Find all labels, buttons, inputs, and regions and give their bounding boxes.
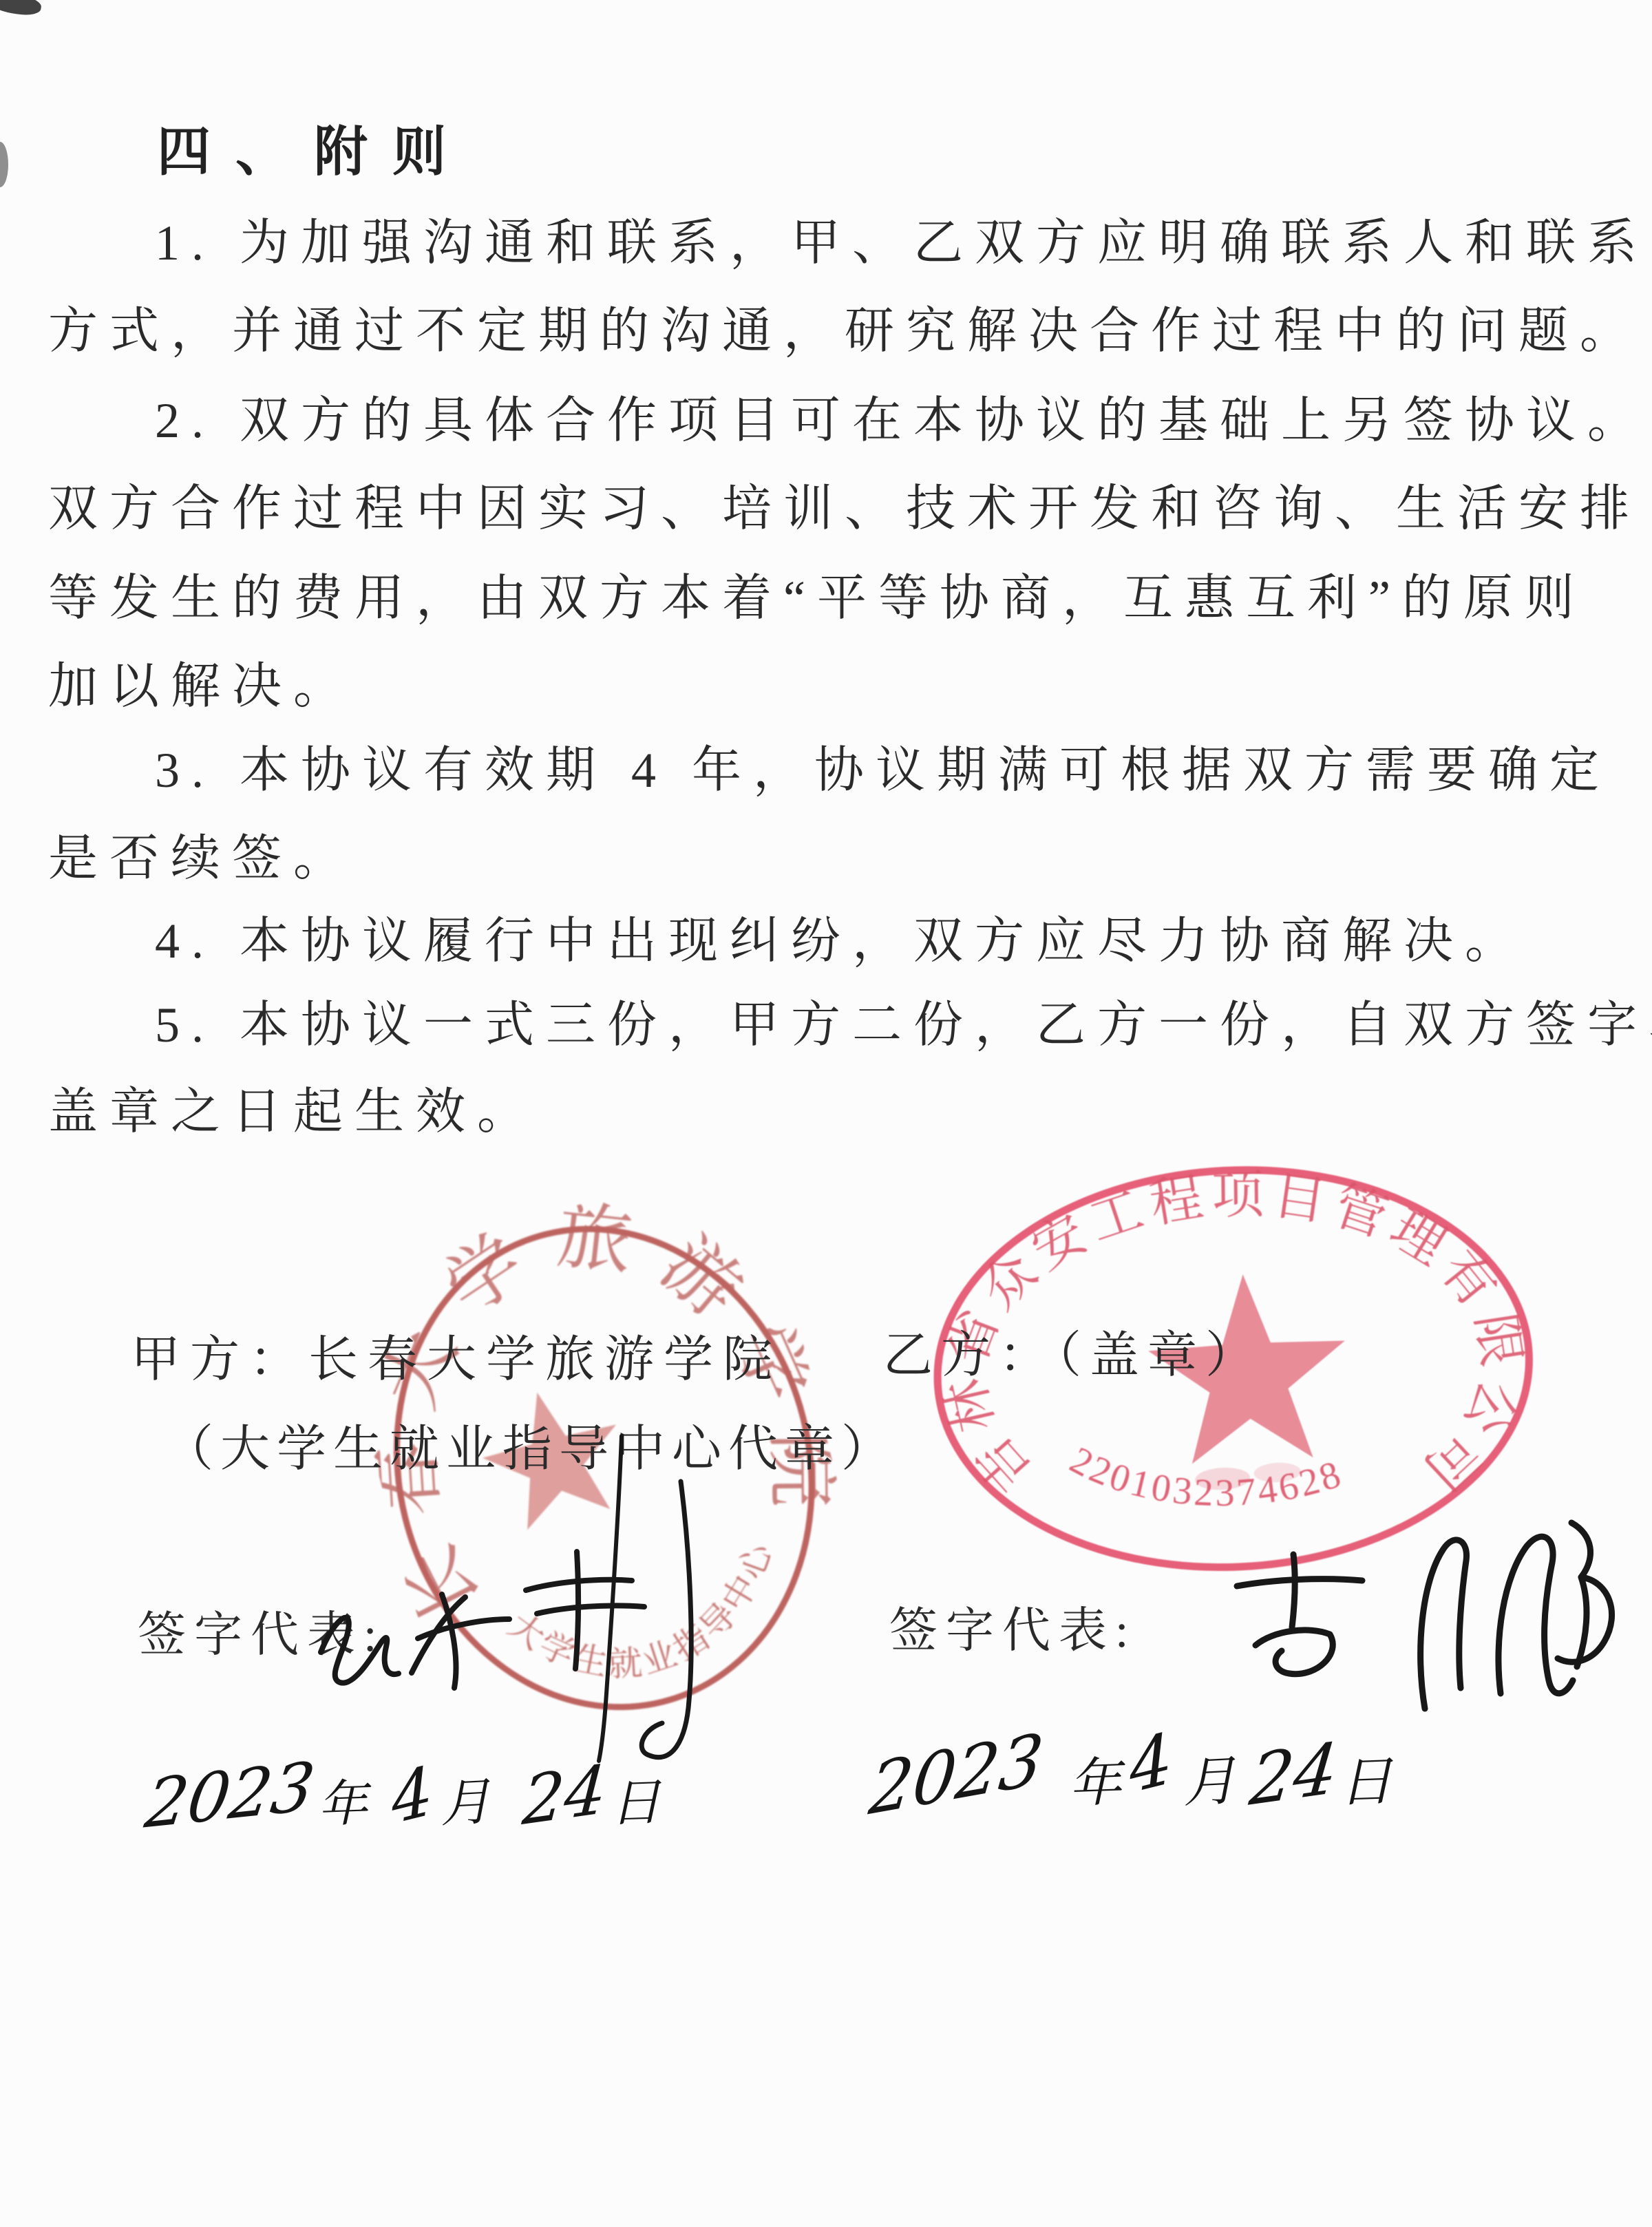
scan-smudge <box>0 142 8 187</box>
date-b-day-unit: 日 <box>1338 1755 1394 1811</box>
clause-line: 盖章之日起生效。 <box>48 1071 538 1143</box>
date-a-month: 4 <box>390 1757 435 1834</box>
seal-ring-text: 长春大学旅游学院 <box>327 1160 865 1643</box>
date-b-year: 2023 <box>866 1724 1046 1826</box>
clause-line: 双方合作过程中因实习、培训、技术开发和咨询、生活安排 <box>48 468 1641 540</box>
clause-line: 2. 双方的具体合作项目可在本协议的基础上另签协议。 <box>155 380 1649 452</box>
clause-line: 3. 本协议有效期 4 年，协议期满可根据双方需要确定 <box>155 730 1611 801</box>
clause-line: 加以解决。 <box>48 646 354 717</box>
date-a-day-unit: 日 <box>608 1777 661 1830</box>
clause-line: 是否续签。 <box>48 818 354 889</box>
date-b-year-unit: 年 <box>1068 1756 1122 1811</box>
clause-line: 5. 本协议一式三份，甲方二份，乙方一份，自双方签字、 <box>155 984 1652 1056</box>
sign-rep-label-b: 签字代表: <box>889 1592 1136 1661</box>
clause-line: 等发生的费用，由双方本着“平等协商，互惠互利”的原则 <box>48 558 1586 629</box>
date-a-month-unit: 月 <box>439 1776 493 1830</box>
clause-line: 1. 为加强沟通和联系，甲、乙双方应明确联系人和联系 <box>155 202 1649 274</box>
scanned-agreement-page: 长春大学旅游学院 大学生就业指导中心 吉林省众安工程项目管理有限公司 22010… <box>0 0 1652 2227</box>
party-a-note: （大学生就业指导中心代章） <box>164 1408 898 1480</box>
date-b: 2023 年 4 月 24 日 <box>869 1740 1392 1809</box>
scan-smudge <box>0 0 43 18</box>
sign-rep-label-a: 签字代表: <box>138 1596 385 1665</box>
date-a: 2023 年 4 月 24 日 <box>146 1762 661 1828</box>
party-b-line: 乙方：（盖章） <box>883 1315 1263 1386</box>
svg-text:长春大学旅游学院: 长春大学旅游学院 <box>327 1160 865 1643</box>
date-a-day: 24 <box>521 1756 609 1835</box>
date-a-year: 2023 <box>142 1753 319 1838</box>
date-b-month-unit: 月 <box>1181 1754 1238 1811</box>
party-a-line: 甲方：长春大学旅游学院 <box>131 1319 782 1391</box>
clause-line: 方式，并通过不定期的沟通，研究解决合作过程中的问题。 <box>48 291 1641 362</box>
clause-line: 4. 本协议履行中出现纠纷，双方应尽力协商解决。 <box>155 900 1526 972</box>
date-b-month: 4 <box>1127 1723 1174 1804</box>
date-a-year-unit: 年 <box>317 1778 368 1829</box>
date-b-day: 24 <box>1247 1733 1341 1816</box>
section-title: 四、附则 <box>157 109 471 186</box>
